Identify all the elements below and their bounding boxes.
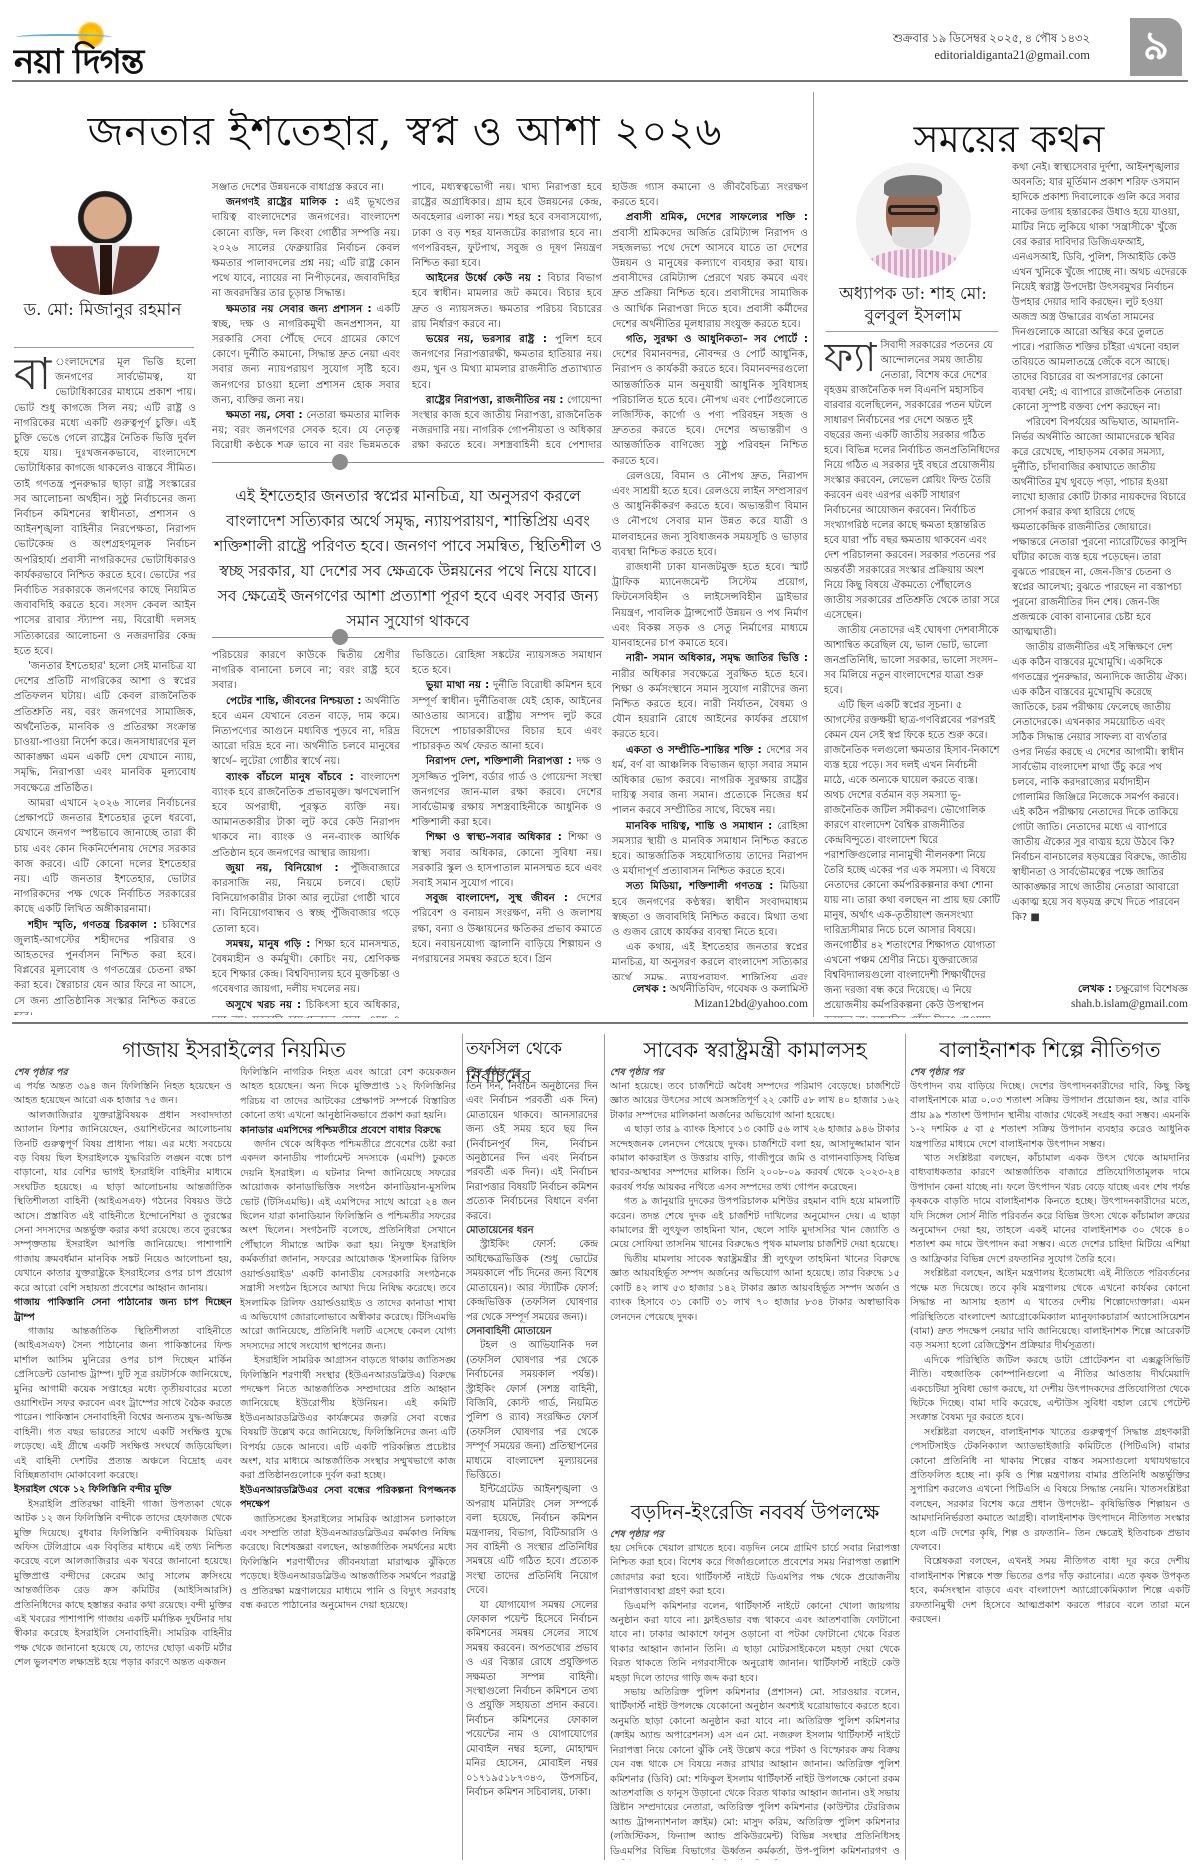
election-article-body: তিন দিন, নির্বাচন অনুষ্ঠানের দিন এবং নির…	[466, 1080, 598, 1860]
paragraph: জাতিসঙ্ঘে ইসরাইলের সামরিক আগ্রাসন চলাকাল…	[240, 1513, 456, 1614]
paragraph: এ পর্যন্ত অন্তত ৩৯৪ জন ফিলিস্তিনি নিহত হ…	[14, 1080, 232, 1109]
author-byline: ড. মো: মিজানুর রহমান	[15, 297, 190, 325]
paragraph: হাউজ গ্যাস কমানো ও জীববৈচিত্র্য সংরক্ষণ …	[612, 180, 808, 210]
editorial-email[interactable]: editorialdiganta21@gmail.com	[893, 47, 1090, 63]
paragraph: নিরাপদ দেশ, শক্তিশালী নিরাপত্তা : দক্ষ ও…	[412, 754, 602, 830]
gaza-article-col2: ফিলিস্তিনি নাগরিক নিহত এবং আরো বেশ কয়েক…	[240, 1066, 456, 1860]
gaza-headline[interactable]: গাজায় ইসরাইলের নিয়মিত	[14, 1034, 454, 1069]
paragraph: টহল ও আভিযানিক দল (তফসিল ঘোষণার পর থেকে …	[466, 1339, 598, 1483]
paragraph: গতি, সুরক্ষা ও আধুনিকতা– সব পোর্টে : দেশ…	[612, 332, 808, 469]
author-description: অর্থনীতিবিদ, গবেষক ও কলামিস্ট	[670, 983, 808, 995]
paragraph: ক্ষমতার নয় সেবার জন্য প্রশাসন : একটি স্…	[212, 302, 400, 408]
dateline: শুক্রবার ১৯ ডিসেম্বর ২০২৫, ৪ পৌষ ১৪৩২ ed…	[893, 31, 1090, 63]
paragraph: ভুয়া মাথা নয় : দুর্নীতি বিরোধী কমিশন হ…	[412, 678, 602, 754]
text: প্রবাসী শ্রমিকদের অর্জিত রেমিট্যান্স নির…	[612, 228, 808, 330]
portrait-beard	[892, 227, 934, 249]
continued-label: শেষ পৃষ্ঠার পর	[610, 1066, 664, 1081]
text: এই ভূখণ্ডের দায়িত্ব বাংলাদেশের জনগণের। …	[212, 197, 400, 299]
columnist-portrait	[856, 163, 971, 278]
subhead: পেটের শান্তি, জীবনের নিশ্চয়তা :	[226, 696, 362, 707]
paragraph: উৎপাদন ব্যয় বাড়িয়ে দিচ্ছে। দেশের উৎপা…	[910, 1080, 1190, 1152]
paragraph: ফিলিস্তিনি নাগরিক নিহত এবং আরো বেশ কয়েক…	[240, 1066, 456, 1124]
gaza-article-col1: এ পর্যন্ত অন্তত ৩৯৪ জন ফিলিস্তিনি নিহত হ…	[14, 1080, 232, 1860]
kamal-article-body: আনা হয়েছে। তবে চার্জশিটে অবৈধ সম্পদের প…	[610, 1080, 900, 1494]
dropcap: ফ্যা	[824, 338, 876, 378]
paragraph: যা যোগাযোগ সমন্বয় সেলের ফোকাল পয়েন্ট হ…	[466, 1599, 598, 1801]
signature-line: লেখক : চক্ষুরোগ বিশেষজ্ঞ	[1000, 982, 1188, 997]
side-article-col2: কথা নেই। স্বাস্থ্যসেবার দুর্দশা, আইনশৃঙ্…	[1012, 160, 1188, 960]
columnist-name-line1: অধ্যাপক ডা: শাহ মো:	[818, 283, 1008, 305]
paragraph: সংশ্লিষ্টরা বলছেন, আইন মন্ত্রণালয় ইতোমধ…	[910, 1267, 1190, 1353]
text: একটি স্বচ্ছ, দক্ষ ও নাগরিকমুখী জনপ্রশাসন…	[212, 304, 400, 406]
main-article-col4: হাউজ গ্যাস কমানো ও জীববৈচিত্র্য সংরক্ষণ …	[612, 180, 808, 980]
paragraph: প্রবাসী শ্রমিক, দেশের সাফল্যের শক্তি : প…	[612, 210, 808, 332]
author-portrait	[50, 185, 160, 295]
pesticide-headline[interactable]: বালাইনাশক শিল্পে নীতিগত	[910, 1034, 1190, 1069]
paragraph: হয় সেদিকে খেয়াল রাখতে হবে। বড়দিন নেমে…	[610, 1542, 900, 1600]
byline-divider	[826, 331, 998, 332]
paragraph: দ্বিতীয় মামলায় সাবেক স্বরাষ্ট্রমন্ত্রী…	[610, 1253, 900, 1325]
paragraph: গাজায় পাকিস্তানি সেনা পাঠানোর জন্য চাপ …	[14, 1296, 232, 1325]
paragraph: সত্য মিডিয়া, শক্তিশালী গণতন্ত্র : মিডিয…	[612, 879, 808, 940]
subhead: রাষ্ট্রের নিরাপত্তা, রাজনীতির নয় :	[426, 395, 564, 406]
subhead: জনগণই রাষ্ট্রের মালিক :	[226, 197, 339, 208]
subhead: গাজায় পাকিস্তানি সেনা পাঠানোর জন্য চাপ …	[14, 1297, 232, 1322]
paragraph: নারী- সমান অধিকার, সমৃদ্ধ জাতির ভিত্তি :…	[612, 651, 808, 742]
paragraph: তিন দিন, নির্বাচন অনুষ্ঠানের দিন এবং নির…	[466, 1080, 598, 1224]
paragraph: খাত সংশ্লিষ্টরা বলছেন, কাঁচামাল একক উৎস …	[910, 1152, 1190, 1267]
text: চব্বিশের জুলাই-আগস্টের শহীদদের পরিবার ও …	[14, 920, 196, 1015]
dropcap: বা	[14, 355, 51, 395]
side-article-col1: ফ্যাসিবাদী সরকারের পতনের যে আন্দোলনের সম…	[824, 338, 1000, 1018]
paragraph: পাবে, মধ্যস্বত্বভোগী নয়। খাদ্য নিরাপত্ত…	[412, 180, 602, 271]
paragraph: ভিত্তিতে। রোহিঙ্গা সঙ্কটের ন্যায়সঙ্গত স…	[412, 648, 602, 678]
pullquote-rule-left-bottom	[212, 637, 332, 638]
text: সিবাদী সরকারের পতনের যে আন্দোলনের সময় জ…	[824, 340, 1000, 621]
paragraph: পেটের শান্তি, জীবনের নিশ্চয়তা : অর্থনীত…	[212, 694, 400, 770]
paragraph: আনা হয়েছে। তবে চার্জশিটে অবৈধ সম্পদের প…	[610, 1080, 900, 1123]
paragraph: জাতীয় নেতাদের এই ঘোষণা দেশবাসীকে আশান্ব…	[824, 623, 1000, 698]
paragraph: পরিবেশ বিপর্যয়ের অভিঘাত, আমদানি-নির্ভর …	[1012, 415, 1188, 640]
continued-label: শেষ পৃষ্ঠার পর	[610, 1528, 664, 1543]
paragraph: ংলাদেশের মূল ভিত্তি হলো জনগণের সার্বভৌমত…	[14, 357, 196, 657]
subhead: ইউএনআরডব্লিউএর সেবা বন্ধের পরিকল্পনা বিপ…	[240, 1485, 456, 1510]
paragraph: ডিএমপি কমিশনার বলেন, থার্টিফার্স্ট নাইটে…	[610, 1600, 900, 1686]
masthead-divider	[12, 80, 1188, 82]
pullquote-rule-right	[348, 462, 604, 463]
paragraph: এদিকে পরিস্থিতি জটিল করছে ডাটা প্রোটেকশন…	[910, 1354, 1190, 1426]
paragraph: আমরা এখানে ২০২৬ সালের নির্বাচনের প্রেক্ষ…	[14, 796, 196, 918]
paragraph: শহীদ স্মৃতি, গণতন্ত্র চিরকাল : চব্বিশের …	[14, 918, 196, 1015]
christmas-headline[interactable]: বড়দিন-ইংরেজি নববর্ষ উপলক্ষে	[610, 1498, 900, 1531]
continued-label: শেষ পৃষ্ঠার পর	[910, 1066, 964, 1081]
subhead: শহীদ স্মৃতি, গণতন্ত্র চিরকাল :	[28, 920, 157, 931]
columnist-name-line2: বুলবুল ইসলাম	[818, 305, 1008, 327]
paragraph: রেলওয়ে, বিমান ও নৌপথ দ্রুত, নিরাপদ এবং …	[612, 469, 808, 560]
paragraph: আলজাজিরার যুক্তরাষ্ট্রবিষয়ক প্রধান সংবা…	[14, 1109, 232, 1296]
paragraph: শিক্ষা ও স্বাস্থ্য–সবার অধিকার : শিক্ষা …	[412, 830, 602, 891]
byline-divider	[14, 347, 194, 348]
subhead: অসুখে খরচ নয় :	[226, 1000, 301, 1011]
paragraph: একতা ও সম্প্রীতি–শান্তির শক্তি : দেশের স…	[612, 743, 808, 819]
paragraph: এক কথায়, এই ইশতেহার জনতার স্বপ্নের মানচ…	[612, 940, 808, 980]
signature-line: লেখক : অর্থনীতিবিদ, গবেষক ও কলামিস্ট	[612, 982, 808, 997]
bullet-dot-icon	[332, 454, 348, 470]
paragraph: অসুখে খরচ নয় : চিকিৎসা হবে অধিকার, দয়া…	[212, 998, 400, 1018]
main-article-col3-top: পাবে, মধ্যস্বত্বভোগী নয়। খাদ্য নিরাপত্ত…	[412, 180, 602, 448]
portrait-shirt	[864, 249, 964, 278]
author-signature: লেখক : অর্থনীতিবিদ, গবেষক ও কলামিস্ট Miz…	[612, 982, 808, 1012]
subhead: মানবিক দায়িত্ব, শান্তি ও সমাধান :	[626, 821, 772, 832]
column-divider	[813, 92, 814, 1017]
logo-text: নয়া দিগন্ত	[14, 36, 143, 93]
paragraph: এ ছাড়া তার ৯ ব্যাংক হিসাবে ১৩ কোটি ৫৬ ল…	[610, 1123, 900, 1195]
paragraph: জুয়া নয়, বিনিয়োগ : পুঁজিবাজারে কারসাজ…	[212, 861, 400, 937]
newspaper-logo[interactable]: নয়া দিগন্ত	[14, 14, 194, 74]
subhead: ক্ষমতা নয়, সেবা :	[226, 410, 303, 421]
paragraph: সবুজ বাংলাদেশ, সুস্থ জীবন : দেশের পরিবেশ…	[412, 891, 602, 967]
subhead: ভুয়া মাথা নয় :	[426, 680, 489, 691]
columnist-description: চক্ষুরোগ বিশেষজ্ঞ	[1115, 983, 1188, 995]
subhead: প্রবাসী শ্রমিক, দেশের সাফল্যের শক্তি :	[626, 212, 808, 223]
paragraph: ইসরাইলি প্রতিরক্ষা বাহিনী গাজা উপত্যকা থ…	[14, 1498, 232, 1671]
paragraph: রাজধানী ঢাকা যানজটমুক্ত হতে হবে। স্মার্ট…	[612, 560, 808, 651]
text: দেশের বিমানবন্দর, নৌবন্দর ও পোর্ট আধুনিক…	[612, 349, 808, 466]
paragraph: গাজায় আন্তর্জাতিক স্থিতিশীলতা বাহিনীতে …	[14, 1325, 232, 1483]
signature-label: লেখক :	[1078, 983, 1112, 995]
paragraph: ভয়ের নয়, ভরসার রাষ্ট্র : পুলিশ হবে জনগ…	[412, 332, 602, 393]
subhead: সত্য মিডিয়া, শক্তিশালী গণতন্ত্র :	[626, 881, 773, 892]
paragraph: সভায় অতিরিক্ত পুলিশ কমিশনার (প্রশাসন) ম…	[610, 1686, 900, 1860]
publication-date: শুক্রবার ১৯ ডিসেম্বর ২০২৫, ৪ পৌষ ১৪৩২	[893, 31, 1090, 47]
text: নারীর অধিকার সবক্ষেত্রে সুরক্ষিত হতে হবে…	[612, 669, 808, 741]
paragraph: স্ট্রাইকিং ফোর্স: কেন্দ্র অধিক্ষেত্রভিত্…	[466, 1238, 598, 1324]
pull-quote: এই ইশতেহার জনতার স্বপ্নের মানচিত্র, যা অ…	[212, 484, 604, 634]
subhead: ব্যাংক বাঁচলে মানুষ বাঁচবে :	[226, 772, 354, 783]
main-article-col3-bottom: ভিত্তিতে। রোহিঙ্গা সঙ্কটের ন্যায়সঙ্গত স…	[412, 648, 602, 1018]
subhead: ইসরাইল থেকে ১২ ফিলিস্তিনি বন্দীর মুক্তি	[14, 1484, 172, 1495]
paragraph: এটি ছিল একটি স্বপ্নের সূচনা। ৫ আগস্টের র…	[824, 698, 1000, 1018]
main-article-col1: বাংলাদেশের মূল ভিত্তি হলো জনগণের সার্বভৌ…	[14, 355, 196, 1015]
subhead: নারী- সমান অধিকার, সমৃদ্ধ জাতির ভিত্তি :	[626, 653, 808, 664]
author-email[interactable]: Mizan12bd@yahoo.com	[612, 997, 808, 1012]
subhead: ভয়ের নয়, ভরসার রাষ্ট্র :	[426, 334, 547, 345]
subhead: জুয়া নয়, বিনিয়োগ :	[226, 863, 339, 874]
portrait-tie	[100, 245, 112, 295]
column-divider	[604, 1034, 605, 1860]
columnist-signature: লেখক : চক্ষুরোগ বিশেষজ্ঞ shah.b.islam@gm…	[1000, 982, 1188, 1012]
subhead: শিক্ষা ও স্বাস্থ্য–সবার অধিকার :	[426, 832, 562, 843]
signature-label: লেখক :	[632, 983, 666, 995]
pullquote-rule-right-bottom	[348, 637, 604, 638]
continued-label: শেষ পৃষ্ঠার পর	[14, 1066, 68, 1081]
paragraph: গত ৯ জানুয়ারি দুদকের উপপরিচালক মশিউর রহ…	[610, 1195, 900, 1253]
portrait-hair	[884, 175, 942, 197]
paragraph: জনগণই রাষ্ট্রের মালিক : এই ভূখণ্ডের দায়…	[212, 195, 400, 301]
subhead: আইনের উর্ধ্বে কেউ নয় :	[426, 273, 541, 284]
paragraph: আইনের উর্ধ্বে কেউ নয় : বিচার বিভাগ হবে …	[412, 271, 602, 332]
subhead: নিরাপদ দেশ, শক্তিশালী নিরাপত্তা :	[426, 756, 572, 767]
subhead: কানাডার এমপিদের পশ্চিমতীরে প্রবেশে বাধার…	[240, 1125, 441, 1136]
paragraph: ব্যাংক বাঁচলে মানুষ বাঁচবে : বাংলাদেশ ব্…	[212, 770, 400, 861]
main-headline: জনতার ইশতেহার, স্বপ্ন ও আশা ২০২৬	[0, 100, 810, 167]
paragraph: মানবিক দায়িত্ব, শান্তি ও সমাধান : রোহিঙ…	[612, 819, 808, 880]
subhead: সবুজ বাংলাদেশ, সুস্থ জীবন :	[426, 893, 568, 904]
subhead: সমন্বয়, মানুষ গড়ি :	[226, 939, 310, 950]
paragraph: ইসরাইলি সামরিক আগ্রাসন বাড়তে থাকায় জাত…	[240, 1354, 456, 1484]
paragraph: সমন্বয়, মানুষ গড়ি : শিক্ষা হবে মানসম্ম…	[212, 937, 400, 998]
pesticide-article-body: উৎপাদন ব্যয় বাড়িয়ে দিচ্ছে। দেশের উৎপা…	[910, 1080, 1190, 1860]
paragraph: কথা নেই। স্বাস্থ্যসেবার দুর্দশা, আইনশৃঙ্…	[1012, 160, 1188, 415]
christmas-article-body: হয় সেদিকে খেয়াল রাখতে হবে। বড়দিন নেমে…	[610, 1542, 900, 1860]
paragraph: বিশ্লেষকরা বলছেন, এখনই সময় নীতিগত বাধা …	[910, 1555, 1190, 1627]
paragraph: পরিচয়ের কারণে কাউকে দ্বিতীয় শ্রেণীর না…	[212, 648, 400, 694]
main-article-col2-top: সঞ্জাত দেশের উন্নয়নকে বাধাগ্রস্ত করবে ন…	[212, 180, 400, 448]
paragraph: কানাডার এমপিদের পশ্চিমতীরে প্রবেশে বাধার…	[240, 1124, 456, 1138]
kamal-headline[interactable]: সাবেক স্বরাষ্ট্রমন্ত্রী কামালসহ	[610, 1034, 900, 1069]
paragraph: জাতীয় রাজনীতির এই সন্ধিক্ষণে দেশ এক কঠি…	[1012, 640, 1188, 925]
paragraph: জর্দান থেকে অধিকৃত পশ্চিমতীরে প্রবেশের চ…	[240, 1138, 456, 1354]
paragraph: রাষ্ট্রের নিরাপত্তা, রাজনীতির নয় : গোয়…	[412, 393, 602, 448]
paragraph: 'জনতার ইশতেহার' হলো সেই মানচিত্র যা দেশে…	[14, 659, 196, 796]
page-number-badge: ৯	[1130, 18, 1182, 76]
section-divider	[12, 1022, 1188, 1024]
subhead: মোতায়েনের ধরন	[466, 1224, 598, 1238]
paragraph: ইন্টিগ্রেটেড আইনশৃঙ্খলা ও অপরাধ মনিটরিং …	[466, 1483, 598, 1598]
column-divider	[462, 1034, 463, 1860]
columnist-byline: অধ্যাপক ডা: শাহ মো: বুলবুল ইসলাম	[818, 283, 1008, 327]
pullquote-rule-left	[212, 462, 332, 463]
column-divider	[905, 1034, 906, 1860]
continued-label: শেষ পৃষ্ঠার পর	[466, 1066, 520, 1081]
subhead: গতি, সুরক্ষা ও আধুনিকতা– সব পোর্টে :	[626, 334, 808, 345]
paragraph: ইসরাইল থেকে ১২ ফিলিস্তিনি বন্দীর মুক্তি	[14, 1483, 232, 1497]
bullet-dot-icon	[332, 629, 348, 645]
paragraph: সঞ্জাত দেশের উন্নয়নকে বাধাগ্রস্ত করবে ন…	[212, 180, 400, 195]
subhead: একতা ও সম্প্রীতি–শান্তির শক্তি :	[626, 745, 762, 756]
main-article-col2-bottom: পরিচয়ের কারণে কাউকে দ্বিতীয় শ্রেণীর না…	[212, 648, 400, 1018]
text: বাংলাদেশ ব্যাংক হবে রাজনৈতিক প্রভাবমুক্ত…	[212, 772, 400, 859]
subhead: ক্ষমতার নয় সেবার জন্য প্রশাসন :	[226, 304, 372, 315]
paragraph: ইউএনআরডব্লিউএর সেবা বন্ধের পরিকল্পনা বিপ…	[240, 1484, 456, 1513]
subhead: সেনাবাহিনী মোতায়েন	[466, 1325, 598, 1339]
columnist-email[interactable]: shah.b.islam@gmail.com	[1000, 997, 1188, 1012]
glasses-icon	[888, 205, 938, 215]
paragraph: ক্ষমতা নয়, সেবা : নেতারা ক্ষমতার মালিক …	[212, 408, 400, 448]
paragraph: সংশ্লিষ্টরা বলছেন, বালাইনাশক খাতের গুরুত…	[910, 1426, 1190, 1556]
